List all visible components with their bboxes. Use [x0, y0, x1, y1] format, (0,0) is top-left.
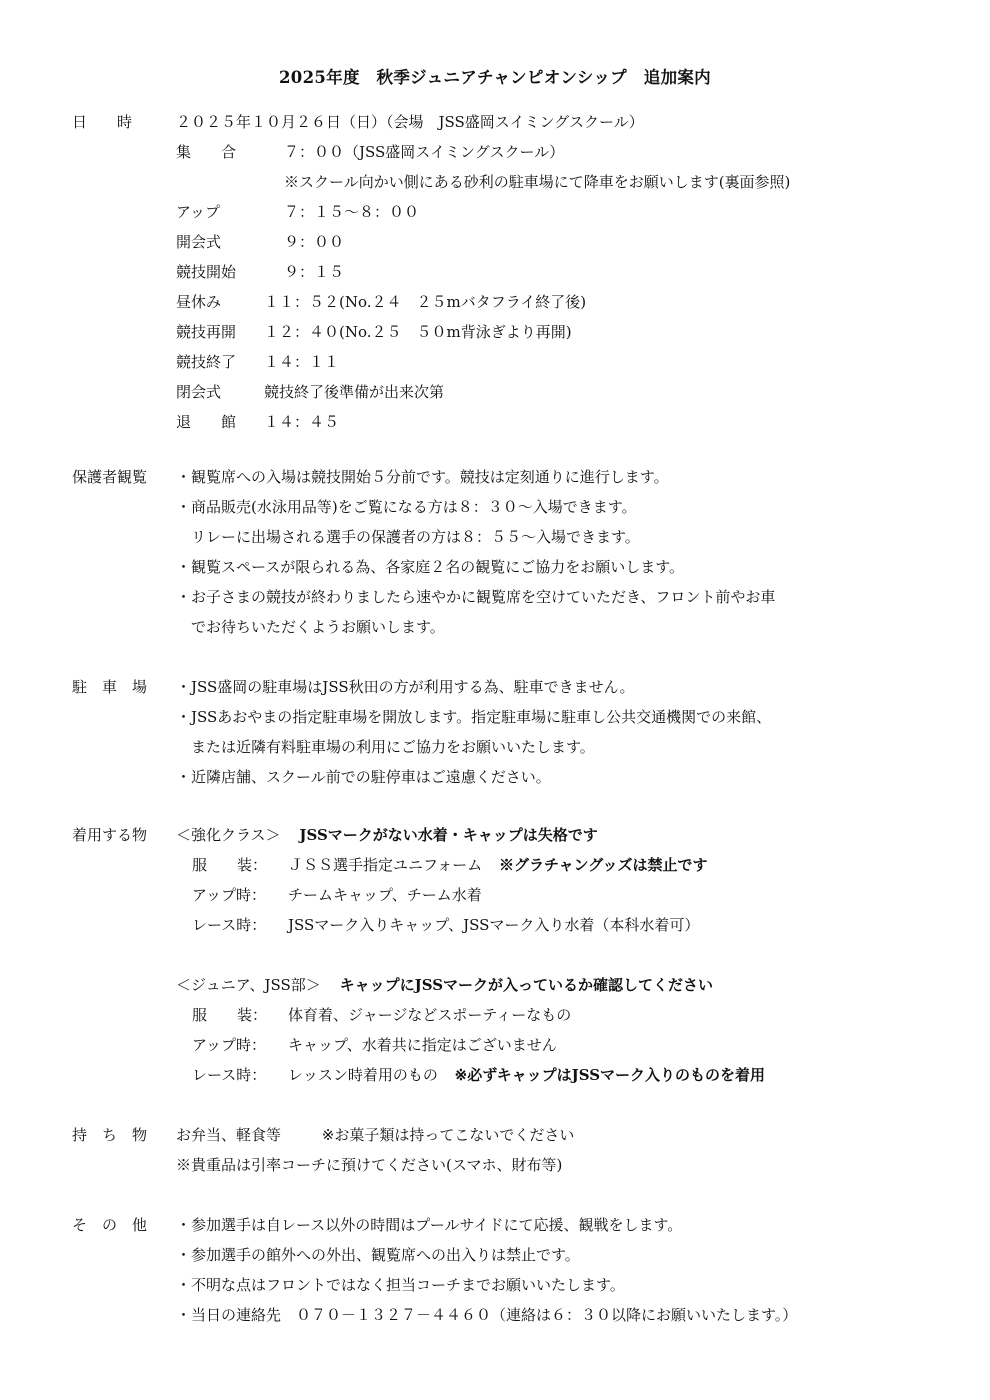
schedule-row-value: １４：４５ [264, 412, 339, 432]
schedule-date: ２０２５年１０月２６日（日）（会場 JSS盛岡スイミングスクール） [176, 112, 644, 132]
parking-label: 駐 車 場 [72, 677, 147, 697]
spectators-line: でお待ちいただくようお願いします。 [176, 617, 445, 637]
other-label: そ の 他 [72, 1215, 147, 1235]
belongings-valuables: ※貴重品は引率コーチに預けてください(スマホ、財布等) [176, 1155, 562, 1175]
strong-class-heading: ＜強化クラス＞ JSSマークがない水着・キャップは失格です [176, 825, 598, 845]
schedule-row-label: 開会式 [176, 232, 221, 252]
spectators-line: ・お子さまの競技が終わりましたら速やかに観覧席を空けていただき、フロント前やお車 [176, 587, 775, 607]
spectators-line: ・観覧席への入場は競技開始５分前です。競技は定刻通りに進行します。 [176, 467, 669, 487]
belongings-line: お弁当、軽食等 ※お菓子類は持ってこないでください [176, 1125, 574, 1145]
schedule-row-label: アップ [176, 202, 220, 222]
spectators-line: ・商品販売(水泳用品等)をご覧になる方は８：３０～入場できます。 [176, 497, 637, 517]
spectators-line: ・観覧スペースが限られる為、各家庭２名の観覧にご協力をお願いします。 [176, 557, 684, 577]
schedule-label: 日 時 [72, 112, 132, 132]
attire-row-value: キャップ、水着共に指定はございません [288, 1036, 557, 1054]
schedule-row-label: 昼休み [176, 292, 221, 312]
belongings-note: ※お菓子類は持ってこないでください [322, 1126, 575, 1144]
parking-line: ・JSSあおやまの指定駐車場を開放します。指定駐車場に駐車し公共交通機関での来館… [176, 707, 771, 727]
parking-line: または近隣有料駐車場の利用にご協力をお願いいたします。 [176, 737, 595, 757]
strong-class-title: ＜強化クラス＞ [176, 826, 281, 844]
other-line: ・参加選手の館外への外出、観覧席への出入りは禁止です。 [176, 1245, 580, 1265]
junior-class-heading: ＜ジュニア、JSS部＞ キャップにJSSマークが入っているか確認してください [176, 975, 713, 995]
attire-row-value: ＪＳＳ選手指定ユニフォーム [288, 856, 482, 874]
attire-row-value: レッスン時着用のもの [288, 1066, 438, 1084]
schedule-row-label: 集 合 [176, 142, 236, 162]
belongings-label: 持 ち 物 [72, 1125, 147, 1145]
schedule-row-label: 競技再開 [176, 322, 236, 342]
spectators-label: 保護者観覧 [72, 467, 147, 487]
strong-class-notice: JSSマークがない水着・キャップは失格です [299, 826, 597, 844]
attire-row-label: レース時： [192, 1065, 288, 1085]
schedule-row-value: ９：１５ [284, 262, 344, 282]
attire-row-label: 服 装： [192, 855, 288, 875]
schedule-row-note: ※スクール向かい側にある砂利の駐車場にて降車をお願いします(裏面参照) [284, 172, 790, 192]
attire-row: レース時：レッスン時着用のもの ※必ずキャップはJSSマーク入りのものを着用 [192, 1065, 765, 1085]
spectators-line: リレーに出場される選手の保護者の方は８：５５～入場できます。 [176, 527, 640, 547]
attire-row: レース時：JSSマーク入りキャップ、JSSマーク入り水着（本科水着可） [192, 915, 699, 935]
attire-row-label: 服 装： [192, 1005, 288, 1025]
schedule-row-value: ９：００ [284, 232, 344, 252]
attire-row-label: レース時： [192, 915, 288, 935]
attire-row-value: チームキャップ、チーム水着 [288, 886, 482, 904]
parking-line: ・近隣店舗、スクール前での駐停車はご遠慮ください。 [176, 767, 551, 787]
schedule-row-value: １２：４０(No.２５ ５０m背泳ぎより再開) [264, 322, 572, 342]
schedule-row-value: １４：１１ [264, 352, 339, 372]
other-line: ・参加選手は自レース以外の時間はプールサイドにて応援、観戦をします。 [176, 1215, 682, 1235]
schedule-row-value: 競技終了後準備が出来次第 [264, 382, 444, 402]
schedule-row-value: ７：１５～８：００ [284, 202, 419, 222]
belongings-items: お弁当、軽食等 [176, 1126, 281, 1144]
attire-row: アップ時：キャップ、水着共に指定はございません [192, 1035, 557, 1055]
schedule-row-label: 競技開始 [176, 262, 236, 282]
other-line: ・不明な点はフロントではなく担当コーチまでお願いいたします。 [176, 1275, 625, 1295]
document-title: 2025年度 秋季ジュニアチャンピオンシップ 追加案内 [0, 64, 990, 88]
attire-label: 着用する物 [72, 825, 147, 845]
contact-line: ・当日の連絡先 ０７０－１３２７－４４６０（連絡は６：３０以降にお願いいたします… [176, 1305, 797, 1325]
attire-row-label: アップ時： [192, 1035, 288, 1055]
schedule-row-value: ７：００（JSS盛岡スイミングスクール） [284, 142, 564, 162]
attire-row: 服 装：ＪＳＳ選手指定ユニフォーム ※グラチャングッズは禁止です [192, 855, 708, 875]
attire-row-value: 体育着、ジャージなどスポーティーなもの [288, 1006, 571, 1024]
attire-row-value: JSSマーク入りキャップ、JSSマーク入り水着（本科水着可） [288, 916, 699, 934]
junior-class-notice: キャップにJSSマークが入っているか確認してください [340, 976, 713, 994]
attire-row-note: ※必ずキャップはJSSマーク入りのものを着用 [455, 1066, 765, 1084]
attire-row: アップ時：チームキャップ、チーム水着 [192, 885, 482, 905]
attire-row: 服 装：体育着、ジャージなどスポーティーなもの [192, 1005, 571, 1025]
schedule-row-label: 競技終了 [176, 352, 236, 372]
schedule-row-label: 閉会式 [176, 382, 221, 402]
parking-line: ・JSS盛岡の駐車場はJSS秋田の方が利用する為、駐車できません。 [176, 677, 635, 697]
attire-row-label: アップ時： [192, 885, 288, 905]
schedule-row-value: １１：５２(No.２４ ２５mバタフライ終了後) [264, 292, 586, 312]
attire-row-note: ※グラチャングッズは禁止です [499, 856, 708, 874]
junior-class-title: ＜ジュニア、JSS部＞ [176, 976, 321, 994]
schedule-row-label: 退 館 [176, 412, 236, 432]
